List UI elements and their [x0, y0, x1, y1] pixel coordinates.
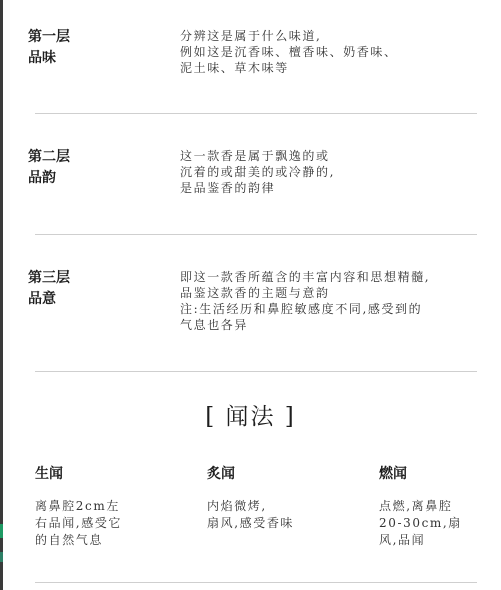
section-title: [ 闻法 ] [0, 402, 501, 432]
method-title: 生闻 [35, 464, 122, 484]
desc-line: 这一款香是属于飘逸的或 [180, 148, 480, 164]
desc-line: 注:生活经历和鼻腔敏感度不同,感受到的 [180, 301, 480, 317]
desc-line: 内焰微烤, [207, 498, 294, 515]
divider [35, 371, 477, 372]
layer-label: 第一层 品味 [28, 27, 70, 69]
method-description: 点燃,离鼻腔 20-30cm,扇 风,品闻 [379, 498, 462, 549]
desc-line: 点燃,离鼻腔 [379, 498, 462, 515]
layer-subtitle: 品意 [28, 289, 70, 310]
divider [35, 582, 477, 583]
method-description: 内焰微烤, 扇风,感受香味 [207, 498, 294, 532]
divider [35, 113, 477, 114]
layer-description: 即这一款香所蕴含的丰富内容和思想精髓, 品鉴这款香的主题与意韵 注:生活经历和鼻… [180, 269, 480, 333]
method-raw-smell: 生闻 离鼻腔2cm左 右品闻,感受它 的自然气息 [35, 464, 122, 549]
desc-line: 离鼻腔2cm左 [35, 498, 122, 515]
method-title: 燃闻 [379, 464, 462, 484]
layer-title: 第二层 [28, 147, 70, 168]
layer-title: 第三层 [28, 268, 70, 289]
divider [35, 234, 477, 235]
desc-line: 品鉴这款香的主题与意韵 [180, 285, 480, 301]
desc-line: 即这一款香所蕴含的丰富内容和思想精髓, [180, 269, 480, 285]
desc-line: 分辨这是属于什么味道, [180, 28, 480, 44]
desc-line: 扇风,感受香味 [207, 515, 294, 532]
layer-label: 第二层 品韵 [28, 147, 70, 189]
method-roast-smell: 炙闻 内焰微烤, 扇风,感受香味 [207, 464, 294, 532]
layer-title: 第一层 [28, 27, 70, 48]
desc-line: 的自然气息 [35, 532, 122, 549]
desc-line: 沉着的或甜美的或冷静的, [180, 164, 480, 180]
layer-label: 第三层 品意 [28, 268, 70, 310]
desc-line: 泥土味、草木味等 [180, 60, 480, 76]
left-edge-bar [0, 0, 3, 590]
method-description: 离鼻腔2cm左 右品闻,感受它 的自然气息 [35, 498, 122, 549]
left-edge-accent [0, 524, 3, 538]
method-title: 炙闻 [207, 464, 294, 484]
desc-line: 是品鉴香的韵律 [180, 180, 480, 196]
desc-line: 气息也各异 [180, 317, 480, 333]
method-burn-smell: 燃闻 点燃,离鼻腔 20-30cm,扇 风,品闻 [379, 464, 462, 549]
desc-line: 风,品闻 [379, 532, 462, 549]
layer-subtitle: 品韵 [28, 168, 70, 189]
layer-description: 这一款香是属于飘逸的或 沉着的或甜美的或冷静的, 是品鉴香的韵律 [180, 148, 480, 196]
desc-line: 例如这是沉香味、檀香味、奶香味、 [180, 44, 480, 60]
desc-line: 20-30cm,扇 [379, 515, 462, 532]
layer-subtitle: 品味 [28, 48, 70, 69]
layer-description: 分辨这是属于什么味道, 例如这是沉香味、檀香味、奶香味、 泥土味、草木味等 [180, 28, 480, 76]
desc-line: 右品闻,感受它 [35, 515, 122, 532]
left-edge-accent-2 [0, 552, 3, 562]
